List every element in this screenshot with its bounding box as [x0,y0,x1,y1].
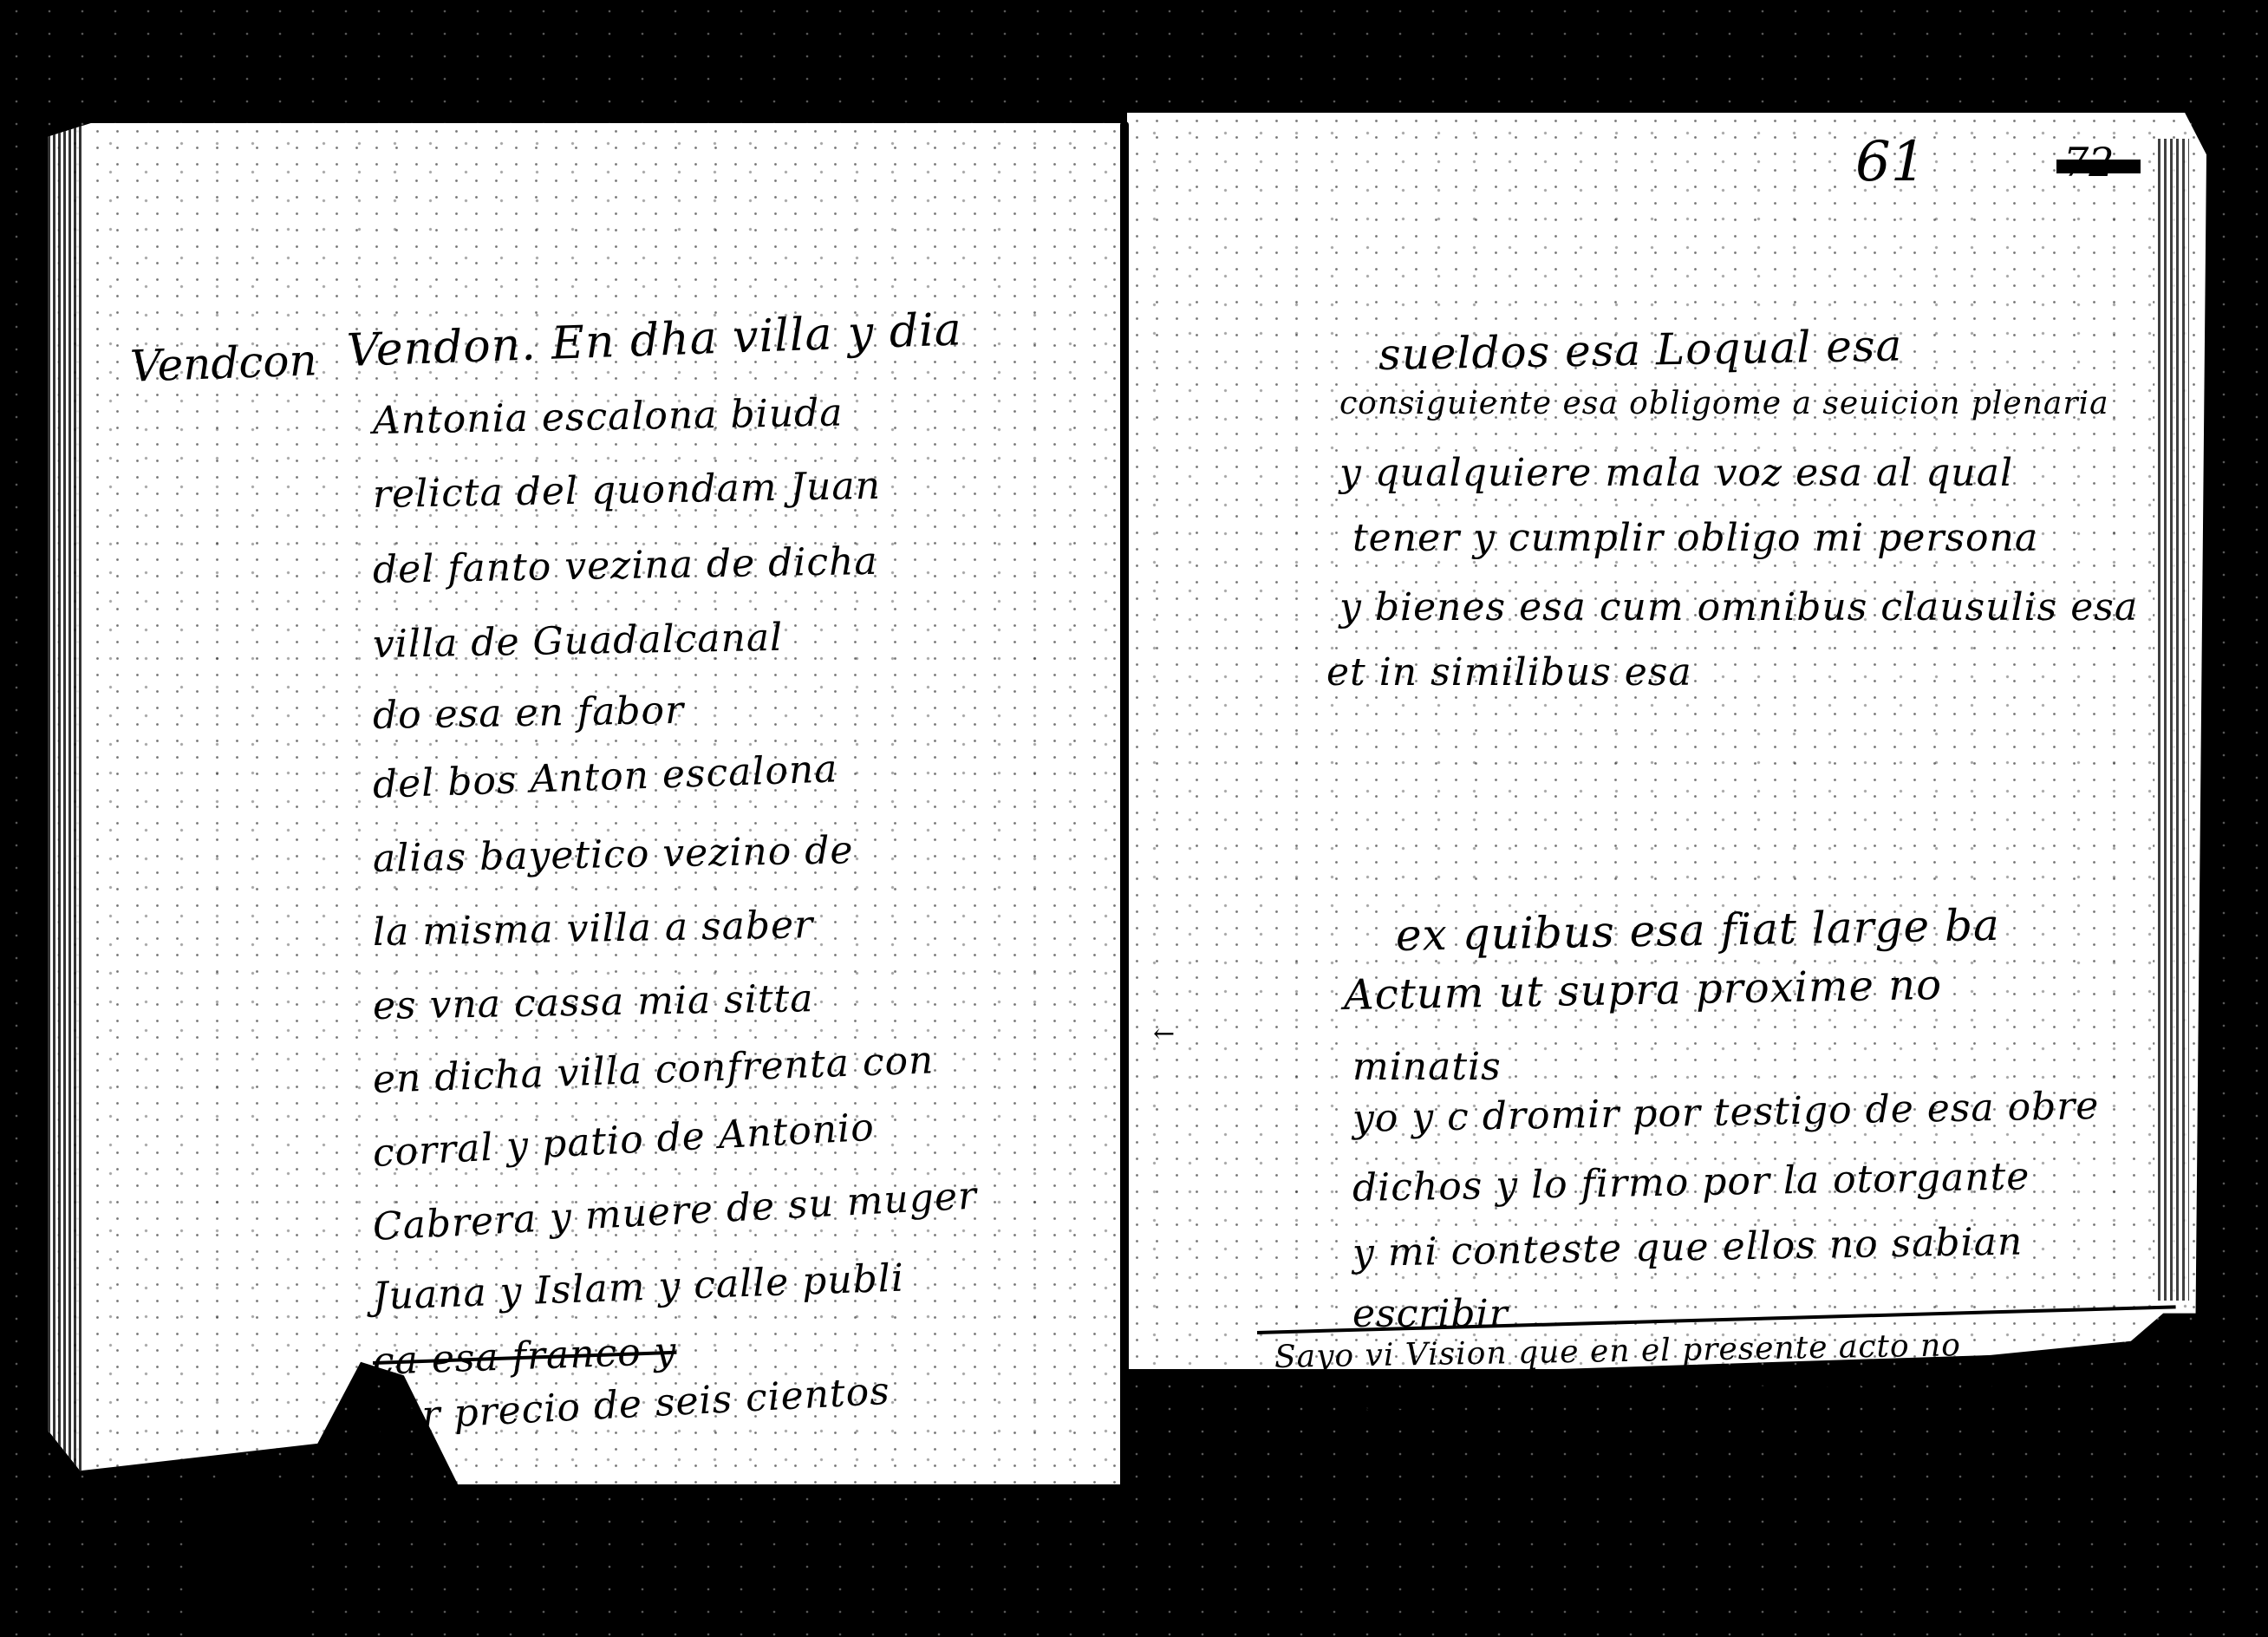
right-line-3: y qualquiere mala voz esa al qual [1339,451,2013,495]
right-line-6: et in similibus esa [1326,650,1692,695]
right-margin-arrow: ← [1153,1019,1175,1049]
folio-number: 61 [1855,130,1926,194]
left-line-4: del fanto vezina de dicha [373,539,878,592]
footer-line-2: hay salvedad significado, Gag Bruil Actu… [1292,1370,2035,1419]
left-line-10: es vna cassa mia sitta [373,976,814,1028]
right-page [1127,113,2206,1509]
book-spine [1120,121,1129,1509]
left-line-9: la misma villa a saber [373,903,814,955]
manuscript-spread: 61 72 Vendcon Vendon. En dha villa y dia… [0,0,2268,1637]
left-line-6: do esa en fabor [373,688,685,738]
struck-folio-number: 72 [2063,139,2115,186]
left-line-5: villa de Guadalcanal [373,616,784,667]
left-line-2: Antonia escalona biuda [373,391,844,443]
right-line-2: consiguiente esa obligome a seuicion ple… [1339,386,2109,421]
right-line-7: ex quibus esa fiat large ba [1395,900,2000,961]
left-page-edge [48,123,82,1484]
right-line-5: y bienes esa cum omnibus clausulis esa [1339,585,2138,629]
right-line-9: minatis [1352,1045,1502,1089]
left-margin-note: Vendcon [129,335,318,391]
right-line-4: tener y cumplir obligo mi persona [1352,516,2038,560]
left-line-8: alias bayetico vezino de [373,828,854,881]
left-line-3: relicta del quondam Juan [373,464,882,517]
torn-corner [186,1474,308,1637]
right-line-1: sueldos esa Loqual esa [1378,320,1902,380]
right-page-edge [2154,139,2189,1301]
